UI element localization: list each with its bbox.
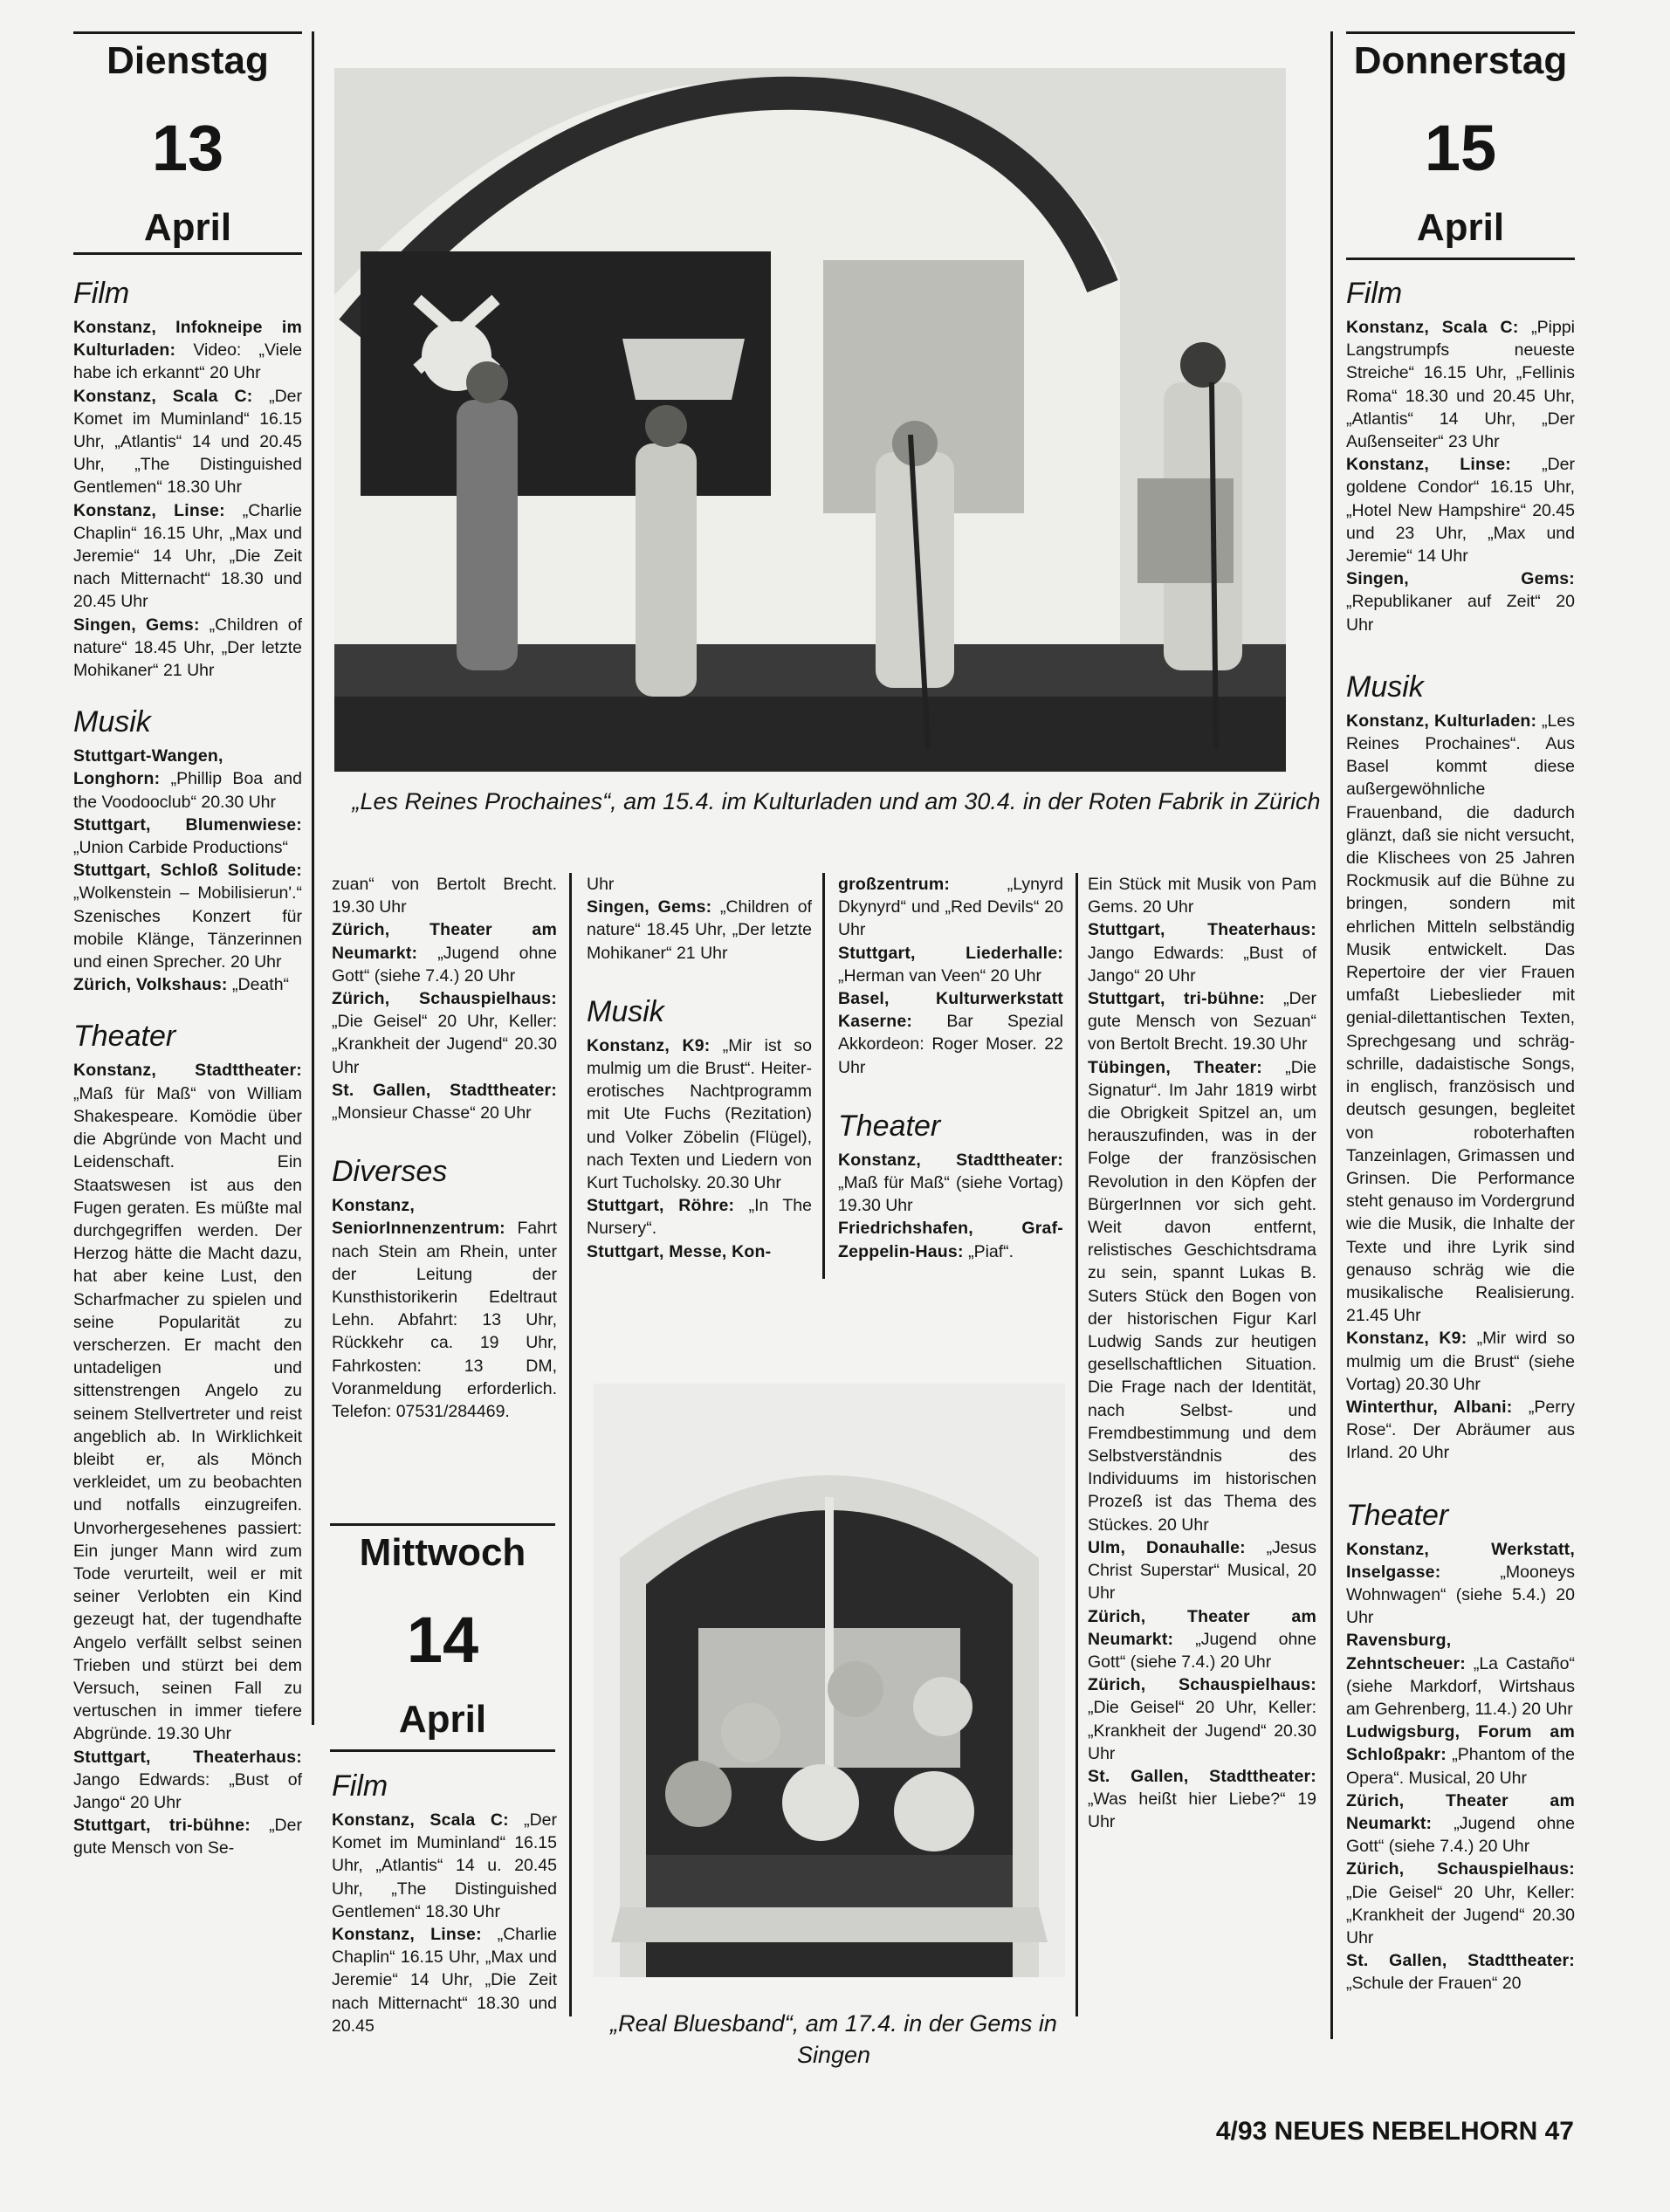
event-entry: Konstanz, Werkstatt, Inselgasse: „Mooney…	[1346, 1538, 1575, 1630]
page-footer: 4/93 NEUES NEBELHORN 47	[1216, 2117, 1574, 2147]
event-entry: Konstanz, Infokneipe im Kulturladen: Vid…	[73, 316, 302, 385]
weekday: Dienstag	[73, 38, 302, 85]
column-thursday: Film Konstanz, Scala C: „Pippi Langstrum…	[1346, 257, 1575, 1996]
event-entry: Konstanz, Kulturladen: „Les Reines Proch…	[1346, 710, 1575, 1327]
event-entry: Konstanz, Stadttheater: „Maß für Maß“ (s…	[838, 1149, 1063, 1218]
column-divider	[312, 31, 314, 1725]
event-venue: Konstanz, Scala C:	[73, 387, 252, 406]
event-entry: Ein Stück mit Musik von Pam Gems. 20 Uhr	[1088, 873, 1316, 918]
event-list-theater-continued: Ein Stück mit Musik von Pam Gems. 20 Uhr…	[1088, 873, 1316, 1834]
event-details: „Maß für Maß“ von William Shakespeare. K…	[73, 1084, 302, 1744]
photo-caption-top: „Les Reines Prochaines“, am 15.4. im Kul…	[334, 786, 1338, 817]
day-header-tuesday: Dienstag 13 April	[73, 31, 302, 255]
event-entry: Stuttgart, Liederhalle: „Herman van Veen…	[838, 942, 1063, 987]
event-details: „Les Reines Prochaines“. Aus Basel kommt…	[1346, 711, 1575, 1325]
event-venue: Konstanz, Linse:	[73, 501, 225, 520]
event-venue: Singen, Gems:	[73, 615, 200, 635]
section-heading-theater: Theater	[73, 1019, 302, 1054]
column-divider	[569, 873, 572, 2016]
event-venue: Stuttgart, Messe, Kon-	[587, 1242, 771, 1261]
event-entry: Uhr	[587, 873, 812, 896]
column-2: zuan“ von Bertolt Brecht. 19.30 UhrZüric…	[332, 873, 557, 1423]
event-entry: Friedrichshafen, Graf-Zeppelin-Haus: „Pi…	[838, 1217, 1063, 1262]
event-list-diverses: Konstanz, SeniorInnenzentrum: Fahrt nach…	[332, 1194, 557, 1423]
event-entry: St. Gallen, Stadttheater: „Was heißt hie…	[1088, 1765, 1316, 1834]
column-3: UhrSingen, Gems: „Children of nature“ 18…	[587, 873, 812, 1263]
event-list-musik: Konstanz, Kulturladen: „Les Reines Proch…	[1346, 710, 1575, 1465]
event-details: „Was heißt hier Liebe?“ 19 Uhr	[1088, 1790, 1316, 1831]
event-details: „Wolkenstein – Mobilisierun'.“ Szenische…	[73, 883, 302, 972]
section-heading-film: Film	[1346, 276, 1575, 311]
event-venue: Konstanz, Linse:	[1346, 455, 1511, 474]
event-details: „Die Geisel“ 20 Uhr, Keller: „Krankheit …	[1346, 1883, 1575, 1948]
section-heading-musik: Musik	[1346, 670, 1575, 704]
event-entry: Tübingen, Theater: „Die Signatur“. Im Ja…	[1088, 1056, 1316, 1536]
event-venue: Stuttgart, tri-bühne:	[1088, 989, 1265, 1008]
event-entry: Ludwigsburg, Forum am Schloßpakr: „Phant…	[1346, 1721, 1575, 1790]
day-header-thursday: Donnerstag 15 April	[1346, 31, 1575, 260]
event-venue: Konstanz, Stadttheater:	[73, 1061, 302, 1080]
column-tuesday: Film Konstanz, Infokneipe im Kulturladen…	[73, 257, 302, 1860]
event-entry: Zürich, Theater am Neumarkt: „Jugend ohn…	[332, 918, 557, 987]
column-divider	[1076, 873, 1078, 2016]
event-details: „Death“	[228, 975, 289, 994]
event-venue: Konstanz, Stadttheater:	[838, 1151, 1063, 1170]
photo-real-bluesband	[594, 1384, 1065, 1977]
event-venue: Ulm, Donauhalle:	[1088, 1538, 1246, 1557]
event-venue: Konstanz, Scala C:	[1346, 318, 1519, 337]
event-list-musik-continued: großzentrum: „Lynyrd Dkynyrd“ und „Red D…	[838, 873, 1063, 1079]
event-venue: Zürich, Schauspielhaus:	[1088, 1675, 1316, 1694]
event-venue: Stuttgart, Theaterhaus:	[73, 1748, 302, 1767]
event-entry: Zürich, Schauspielhaus: „Die Geisel“ 20 …	[1346, 1858, 1575, 1949]
event-entry: Winterthur, Albani: „Perry Rose“. Der Ab…	[1346, 1396, 1575, 1465]
month: April	[330, 1697, 555, 1742]
event-entry: großzentrum: „Lynyrd Dkynyrd“ und „Red D…	[838, 873, 1063, 942]
event-details: „Monsieur Chasse“ 20 Uhr	[332, 1103, 532, 1123]
event-entry: Stuttgart-Wangen, Longhorn: „Phillip Boa…	[73, 745, 302, 814]
event-entry: Zürich, Volkshaus: „Death“	[73, 973, 302, 996]
event-details: „Die Signatur“. Im Jahr 1819 wirbt die O…	[1088, 1058, 1316, 1535]
event-venue: St. Gallen, Stadttheater:	[1346, 1951, 1575, 1970]
event-entry: St. Gallen, Stadttheater: „Monsieur Chas…	[332, 1079, 557, 1124]
event-venue: Stuttgart, tri-bühne:	[73, 1816, 251, 1835]
event-details: „Union Carbide Productions“	[73, 838, 288, 857]
event-entry: Zürich, Theater am Neumarkt: „Jugend ohn…	[1088, 1605, 1316, 1674]
section-heading-diverses: Diverses	[332, 1154, 557, 1189]
event-entry: Stuttgart, tri-bühne: „Der gute Mensch v…	[1088, 987, 1316, 1056]
event-entry: Konstanz, Scala C: „Der Komet im Muminla…	[332, 1809, 557, 1923]
event-list-theater: Konstanz, Stadttheater: „Maß für Maß“ (s…	[838, 1149, 1063, 1263]
event-entry: Stuttgart, Röhre: „In The Nursery“.	[587, 1194, 812, 1240]
event-entry: Zürich, Theater am Neumarkt: „Jugend ohn…	[1346, 1790, 1575, 1858]
event-venue: Stuttgart, Schloß Solitude:	[73, 861, 302, 880]
event-details: „Die Geisel“ 20 Uhr, Keller: „Krankheit …	[1088, 1698, 1316, 1762]
event-list-musik: Stuttgart-Wangen, Longhorn: „Phillip Boa…	[73, 745, 302, 996]
event-venue: Stuttgart, Röhre:	[587, 1196, 734, 1215]
column-divider	[1330, 31, 1333, 2039]
event-list-theater: Konstanz, Werkstatt, Inselgasse: „Mooney…	[1346, 1538, 1575, 1996]
event-venue: Zürich, Volkshaus:	[73, 975, 228, 994]
event-venue: St. Gallen, Stadttheater:	[1088, 1767, 1316, 1786]
weekday: Mittwoch	[330, 1529, 555, 1577]
event-venue: Konstanz, Kulturladen:	[1346, 711, 1536, 731]
section-heading-film: Film	[332, 1769, 557, 1803]
event-venue: Konstanz, Scala C:	[332, 1810, 509, 1830]
event-details: „Republikaner auf Zeit“ 20 Uhr	[1346, 592, 1575, 634]
day-number: 14	[330, 1601, 555, 1680]
event-list-film-continued: UhrSingen, Gems: „Children of nature“ 18…	[587, 873, 812, 965]
event-details: „Maß für Maß“ (siehe Vortag) 19.30 Uhr	[838, 1173, 1063, 1215]
event-venue: St. Gallen, Stadttheater:	[332, 1081, 557, 1100]
event-entry: Konstanz, Scala C: „Der Komet im Muminla…	[73, 385, 302, 499]
event-entry: Konstanz, SeniorInnenzentrum: Fahrt nach…	[332, 1194, 557, 1423]
event-entry: Konstanz, Linse: „Der goldene Condor“ 16…	[1346, 453, 1575, 567]
section-heading-musik: Musik	[587, 994, 812, 1029]
event-details: Jango Edwards: „Bust of Jango“ 20 Uhr	[73, 1770, 302, 1812]
event-venue: großzentrum:	[838, 875, 950, 894]
event-details: „Herman van Veen“ 20 Uhr	[838, 966, 1041, 986]
section-heading-film: Film	[73, 276, 302, 311]
event-entry: Stuttgart, tri-bühne: „Der gute Mensch v…	[73, 1814, 302, 1859]
event-entry: Stuttgart, Theaterhaus: Jango Edwards: „…	[73, 1746, 302, 1815]
day-number: 15	[1346, 109, 1575, 188]
event-entry: Zürich, Schauspielhaus: „Die Geisel“ 20 …	[332, 987, 557, 1079]
event-entry: Konstanz, Linse: „Charlie Chaplin“ 16.15…	[73, 499, 302, 614]
month: April	[73, 205, 302, 251]
event-entry: Konstanz, Linse: „Charlie Chaplin“ 16.15…	[332, 1923, 557, 2037]
event-details: Ein Stück mit Musik von Pam Gems. 20 Uhr	[1088, 875, 1316, 917]
event-entry: Konstanz, K9: „Mir ist so mulmig um die …	[587, 1034, 812, 1194]
event-details: Fahrt nach Stein am Rhein, unter der Lei…	[332, 1219, 557, 1421]
event-details: „Piaf“.	[964, 1242, 1014, 1261]
event-venue: Ravensburg, Zehntscheuer:	[1346, 1631, 1466, 1673]
event-venue: Stuttgart, Liederhalle:	[838, 944, 1063, 963]
event-venue: Winterthur, Albani:	[1346, 1398, 1512, 1417]
weekday: Donnerstag	[1346, 38, 1575, 85]
event-venue: Konstanz, K9:	[587, 1036, 710, 1055]
day-header-wednesday: Mittwoch 14 April	[330, 1523, 555, 1752]
event-venue: Zürich, Schauspielhaus:	[332, 989, 557, 1008]
event-details: zuan“ von Bertolt Brecht. 19.30 Uhr	[332, 875, 557, 917]
stage-photo-illustration	[334, 68, 1286, 772]
event-details: Uhr	[587, 875, 614, 894]
event-entry: Konstanz, K9: „Mir wird so mulmig um die…	[1346, 1327, 1575, 1396]
event-venue: Stuttgart, Blumenwiese:	[73, 815, 302, 835]
photo-caption-bottom: „Real Bluesband“, am 17.4. in der Gems i…	[594, 2008, 1074, 2071]
month: April	[1346, 205, 1575, 251]
event-venue: Konstanz, SeniorInnenzentrum:	[332, 1196, 505, 1238]
event-list-musik: Konstanz, K9: „Mir ist so mulmig um die …	[587, 1034, 812, 1263]
event-details: „Schule der Frauen“ 20	[1346, 1974, 1522, 1993]
column-wednesday: Film Konstanz, Scala C: „Der Komet im Mu…	[332, 1749, 557, 2037]
event-list-film: Konstanz, Scala C: „Der Komet im Muminla…	[332, 1809, 557, 2037]
event-entry: Singen, Gems: „Children of nature“ 18.45…	[73, 614, 302, 683]
event-entry: St. Gallen, Stadttheater: „Schule der Fr…	[1346, 1949, 1575, 1995]
event-details: „Pippi Langstrumpfs neueste Streiche“ 16…	[1346, 318, 1575, 451]
event-details: „Mir ist so mulmig um die Brust“. Heiter…	[587, 1036, 812, 1192]
event-list-theater: Konstanz, Stadttheater: „Maß für Maß“ vo…	[73, 1059, 302, 1859]
event-entry: Stuttgart, Theaterhaus: Jango Edwards: „…	[1088, 918, 1316, 987]
section-heading-theater: Theater	[838, 1109, 1063, 1144]
event-list-film: Konstanz, Scala C: „Pippi Langstrumpfs n…	[1346, 316, 1575, 636]
event-venue: Stuttgart, Theaterhaus:	[1088, 920, 1316, 939]
event-entry: Basel, Kulturwerkstatt Kaserne: Bar Spez…	[838, 987, 1063, 1079]
section-heading-theater: Theater	[1346, 1498, 1575, 1533]
event-details: „Die Geisel“ 20 Uhr, Keller: „Krankheit …	[332, 1012, 557, 1076]
event-venue: Friedrichshafen, Graf-Zeppelin-Haus:	[838, 1219, 1063, 1261]
event-entry: Konstanz, Scala C: „Pippi Langstrumpfs n…	[1346, 316, 1575, 453]
event-entry: Stuttgart, Blumenwiese: „Union Carbide P…	[73, 814, 302, 859]
column-4: großzentrum: „Lynyrd Dkynyrd“ und „Red D…	[838, 873, 1063, 1263]
event-entry: Singen, Gems: „Children of nature“ 18.45…	[587, 896, 812, 965]
event-venue: Tübingen, Theater:	[1088, 1058, 1262, 1077]
photo-les-reines-prochaines	[334, 68, 1286, 772]
event-entry: Singen, Gems: „Republikaner auf Zeit“ 20…	[1346, 567, 1575, 636]
event-entry: Ulm, Donauhalle: „Jesus Christ Superstar…	[1088, 1536, 1316, 1605]
event-venue: Singen, Gems:	[587, 897, 711, 917]
event-venue: Konstanz, Linse:	[332, 1925, 482, 1944]
day-number: 13	[73, 109, 302, 188]
event-entry: Konstanz, Stadttheater: „Maß für Maß“ vo…	[73, 1059, 302, 1745]
event-list-theater-continued: zuan“ von Bertolt Brecht. 19.30 UhrZüric…	[332, 873, 557, 1124]
event-venue: Konstanz, K9:	[1346, 1329, 1467, 1348]
event-entry: zuan“ von Bertolt Brecht. 19.30 Uhr	[332, 873, 557, 918]
section-heading-musik: Musik	[73, 704, 302, 739]
event-venue: Zürich, Schauspielhaus:	[1346, 1859, 1575, 1879]
event-list-film: Konstanz, Infokneipe im Kulturladen: Vid…	[73, 316, 302, 682]
column-divider	[822, 873, 825, 1279]
window-photo-illustration	[594, 1384, 1065, 1977]
event-details: Jango Edwards: „Bust of Jango“ 20 Uhr	[1088, 944, 1316, 986]
column-5: Ein Stück mit Musik von Pam Gems. 20 Uhr…	[1088, 873, 1316, 1834]
event-entry: Ravensburg, Zehntscheuer: „La Castaño“ (…	[1346, 1629, 1575, 1721]
event-entry: Stuttgart, Schloß Solitude: „Wolkenstein…	[73, 859, 302, 973]
event-venue: Singen, Gems:	[1346, 569, 1575, 588]
event-entry: Stuttgart, Messe, Kon-	[587, 1240, 812, 1263]
event-entry: Zürich, Schauspielhaus: „Die Geisel“ 20 …	[1088, 1673, 1316, 1765]
